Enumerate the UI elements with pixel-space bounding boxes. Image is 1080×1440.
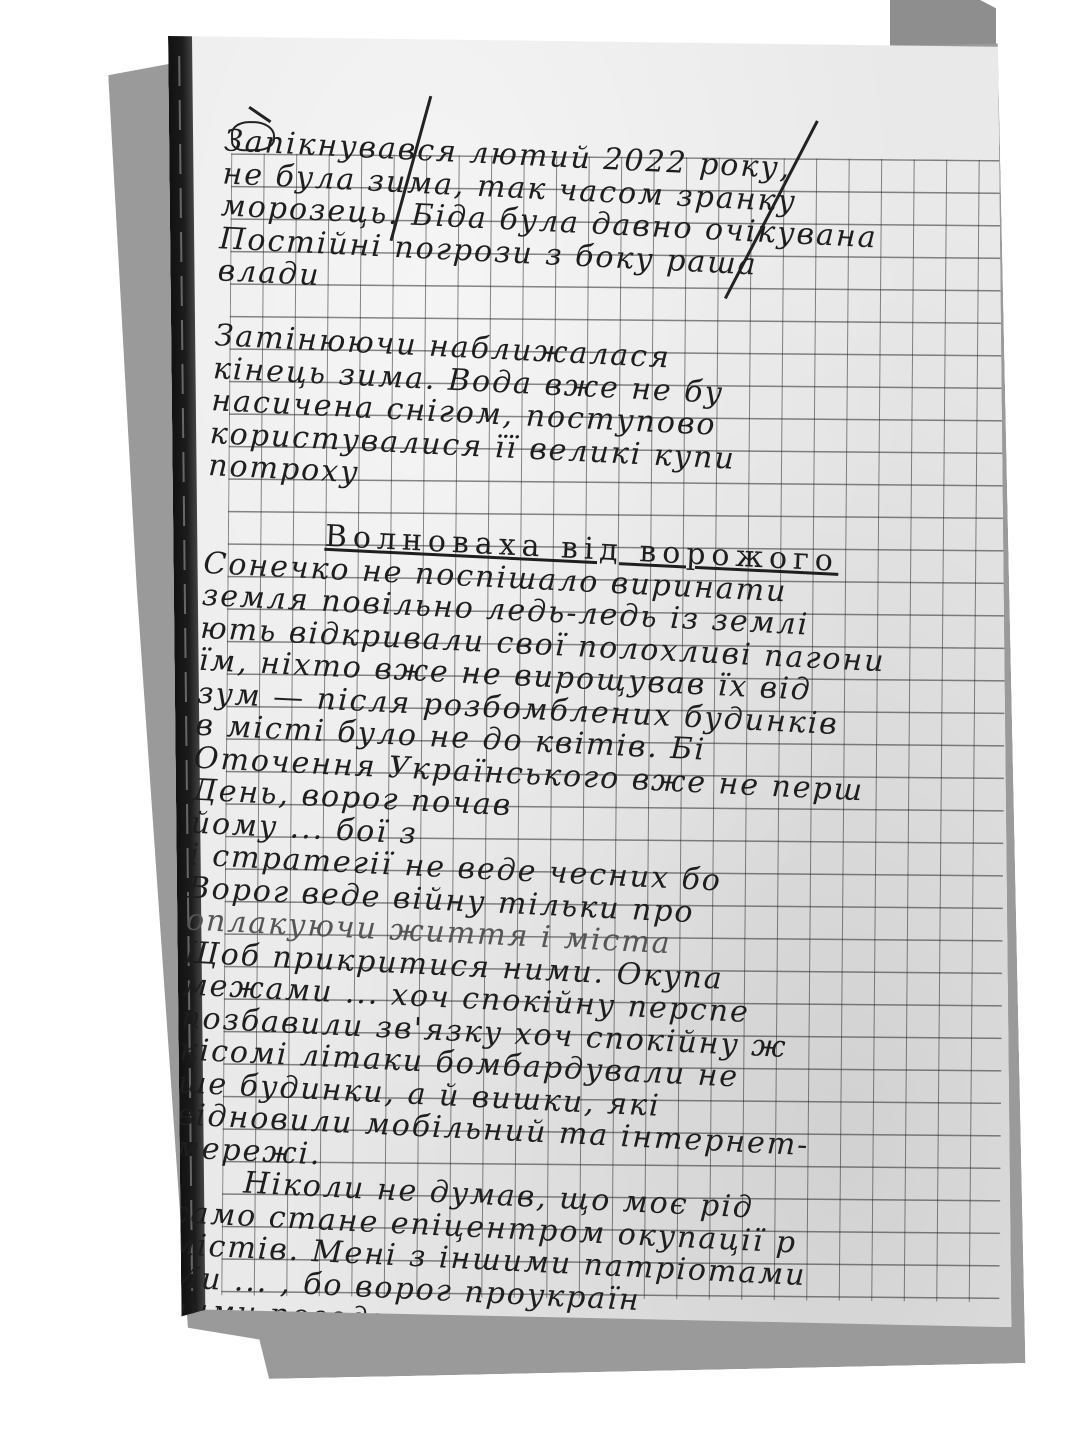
diary-page: Запікнувався лютий 2022 року, не була зи… bbox=[168, 27, 1012, 1336]
handwritten-text: Запікнувався лютий 2022 року, не була зи… bbox=[168, 125, 1012, 1336]
